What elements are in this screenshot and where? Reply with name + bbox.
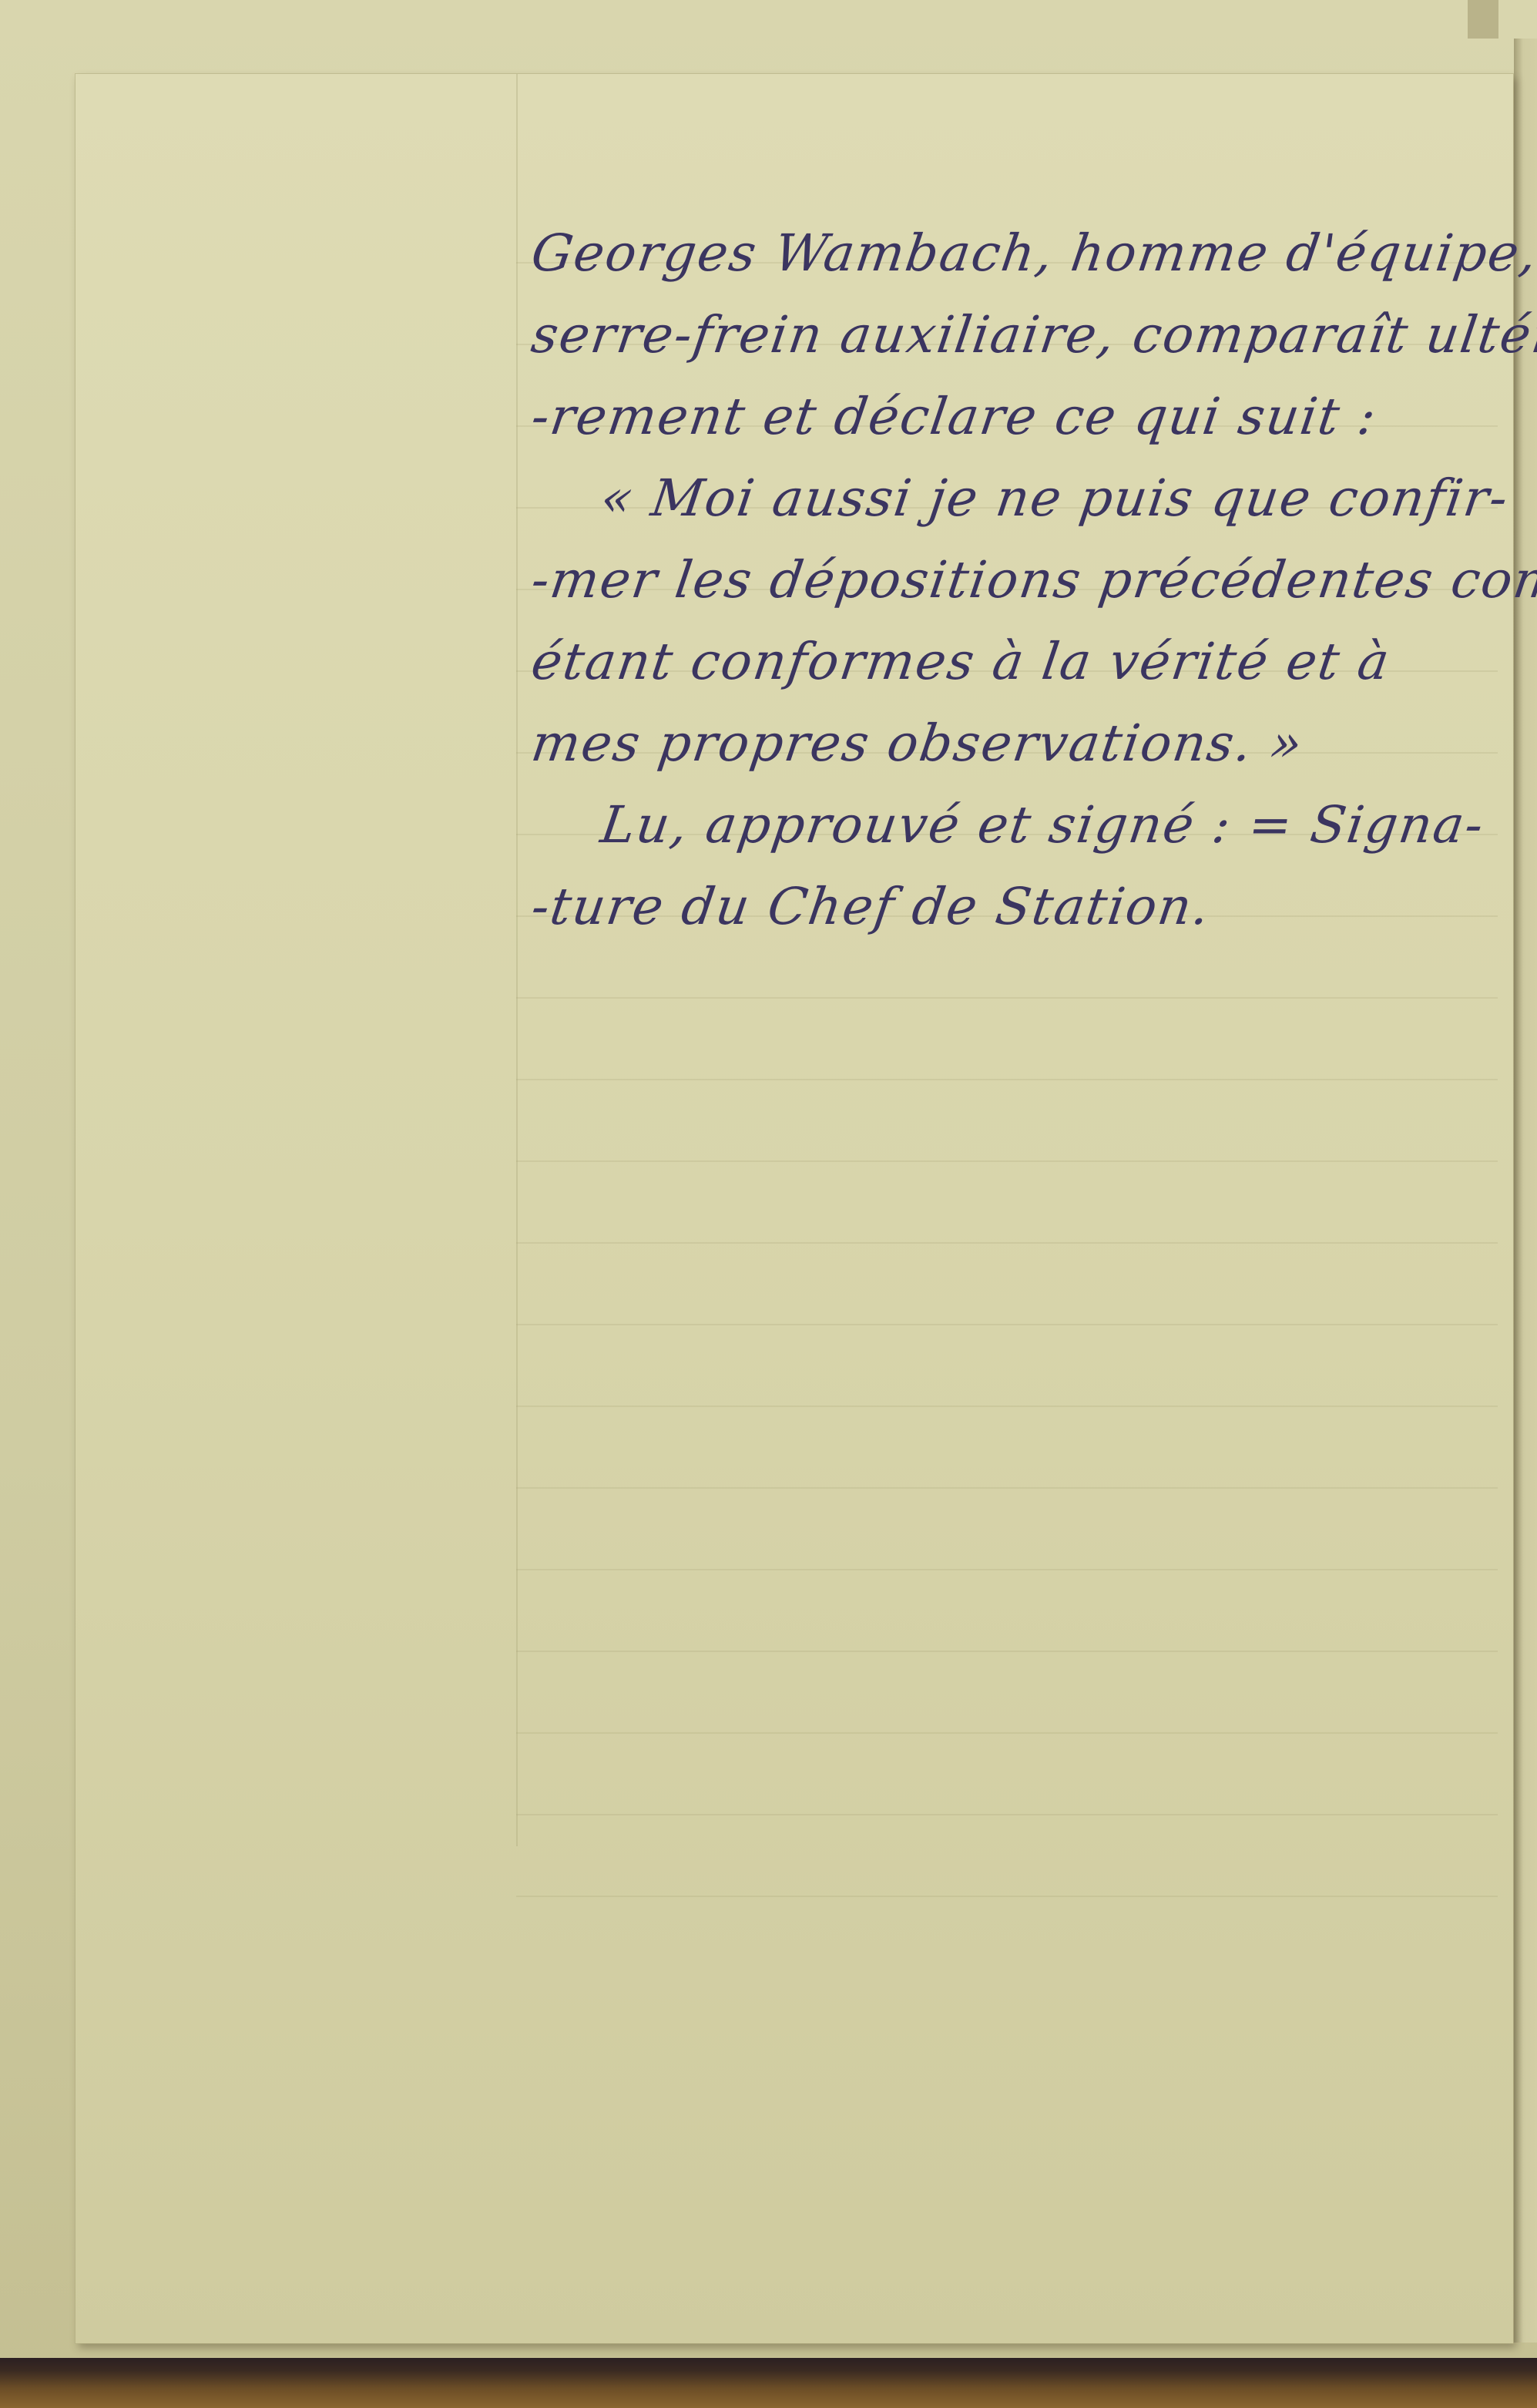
text-line: -mer les dépositions précédentes comme (526, 539, 1512, 621)
text-line: Lu, approuvé et signé : = Signa- (526, 784, 1512, 866)
text-line: étant conformes à la vérité et à (526, 621, 1512, 703)
text-line: -rement et déclare ce qui suit : (526, 376, 1512, 458)
document-page: Georges Wambach, homme d'équipe, serre-f… (76, 74, 1513, 2343)
handwritten-text: Georges Wambach, homme d'équipe, serre-f… (526, 213, 1501, 948)
text-line: Georges Wambach, homme d'équipe, (526, 213, 1512, 294)
underlying-sheet-edge (1514, 39, 1537, 2343)
underlying-sheet-tab (1468, 0, 1498, 39)
text-line: mes propres observations. » (526, 703, 1512, 784)
text-line: « Moi aussi je ne puis que confir- (526, 458, 1512, 539)
text-line: -ture du Chef de Station. (526, 866, 1512, 948)
text-line: serre-frein auxiliaire, comparaît ultéri… (526, 294, 1512, 376)
table-surface (0, 2358, 1537, 2408)
